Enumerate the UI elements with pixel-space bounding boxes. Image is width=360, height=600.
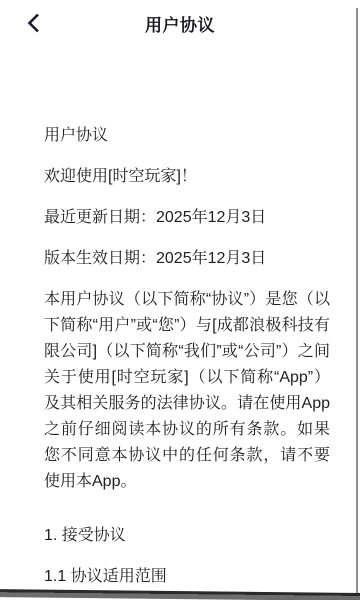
updated-date-line: 最近更新日期：2025年12月3日 bbox=[44, 205, 330, 231]
user-agreement-screen: 用户协议 用户协议 欢迎使用[时空玩家]！ 最近更新日期：2025年12月3日 … bbox=[0, 0, 360, 600]
nav-bar: 用户协议 bbox=[0, 0, 360, 46]
page-title: 用户协议 bbox=[145, 11, 215, 36]
doc-heading: 用户协议 bbox=[44, 123, 330, 149]
section-1-heading: 1. 接受协议 bbox=[44, 523, 330, 549]
agreement-scroll-area[interactable]: 用户协议 欢迎使用[时空玩家]！ 最近更新日期：2025年12月3日 版本生效日… bbox=[0, 46, 360, 600]
chevron-left-icon bbox=[26, 12, 41, 34]
section-1-1-heading: 1.1 协议适用范围 bbox=[44, 564, 330, 590]
intro-paragraph: 本用户协议（以下简称“协议”）是您（以下简称“用户”或“您”）与[成都浪极科技有… bbox=[44, 287, 330, 495]
back-button[interactable] bbox=[16, 6, 50, 40]
welcome-line: 欢迎使用[时空玩家]！ bbox=[44, 164, 330, 190]
effective-date-line: 版本生效日期：2025年12月3日 bbox=[44, 246, 330, 272]
